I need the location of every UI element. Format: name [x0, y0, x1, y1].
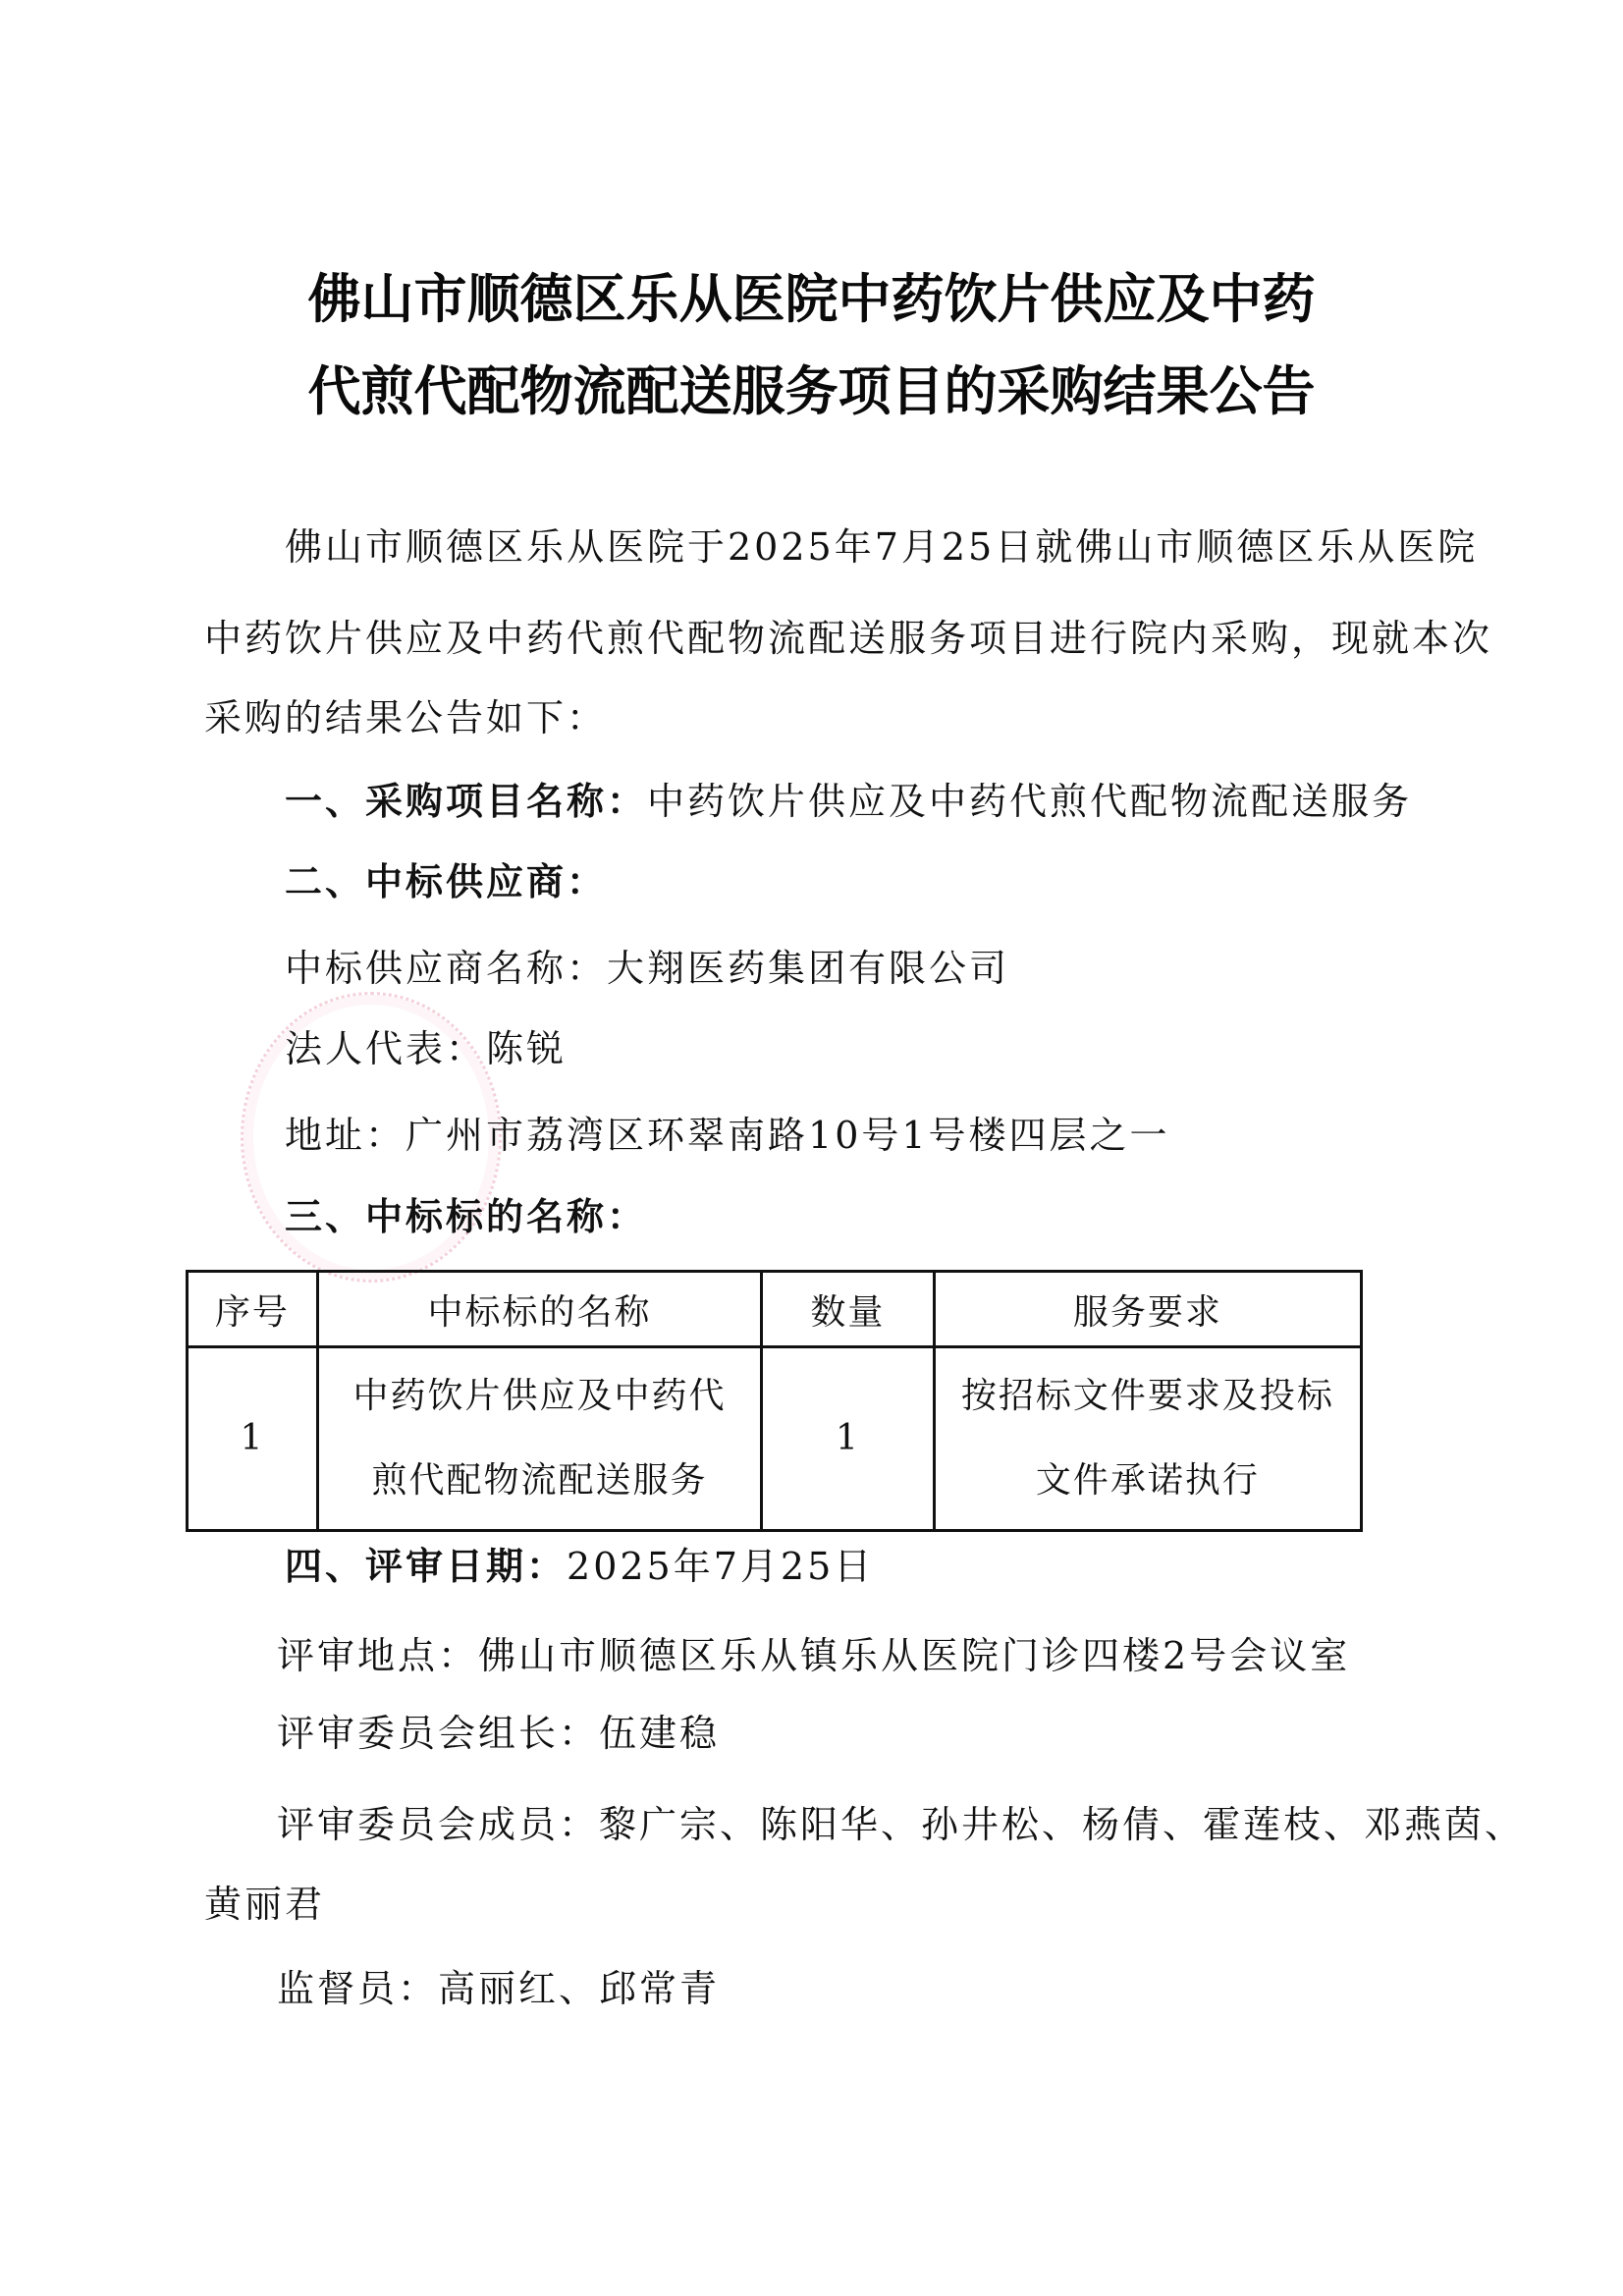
header-requirement: 服务要求 — [934, 1272, 1361, 1347]
section4-heading: 四、评审日期： — [285, 1545, 567, 1588]
award-table: 序号 中标标的名称 数量 服务要求 1 中药饮片供应及中药代 煎代配物流配送服务… — [186, 1270, 1363, 1532]
document-title-line1: 佛山市顺德区乐从医院中药饮片供应及中药 — [0, 257, 1623, 333]
section1-heading: 一、采购项目名称： — [285, 780, 647, 823]
legal-rep-label: 法人代表： — [285, 1027, 486, 1070]
members-line: 评审委员会成员：黎广宗、陈阳华、孙井松、杨倩、霍莲枝、邓燕茵、 — [277, 1806, 1525, 1843]
intro-line-1: 佛山市顺德区乐从医院于2025年7月25日就佛山市顺德区乐从医院 — [285, 528, 1478, 566]
supplier-line: 中标供应商名称：大翔医药集团有限公司 — [285, 950, 1009, 987]
venue-label: 评审地点： — [277, 1634, 478, 1677]
cell-requirement: 按招标文件要求及投标 文件承诺执行 — [934, 1347, 1361, 1531]
members-names: 黎广宗、陈阳华、孙井松、杨倩、霍莲枝、邓燕茵、 — [599, 1803, 1525, 1846]
document-title-line2: 代煎代配物流配送服务项目的采购结果公告 — [0, 350, 1623, 425]
cell-no: 1 — [188, 1347, 318, 1531]
section4-line: 四、评审日期：2025年7月25日 — [285, 1548, 874, 1585]
address-line: 地址：广州市荔湾区环翠南路10号1号楼四层之一 — [285, 1117, 1170, 1154]
leader-label: 评审委员会组长： — [277, 1712, 599, 1755]
cell-name: 中药饮片供应及中药代 煎代配物流配送服务 — [317, 1347, 761, 1531]
cell-qty: 1 — [762, 1347, 935, 1531]
cell-name-line1: 中药饮片供应及中药代 — [327, 1354, 752, 1439]
review-date: 2025年7月25日 — [567, 1545, 874, 1588]
intro-line-3: 采购的结果公告如下： — [204, 699, 607, 737]
header-name: 中标标的名称 — [317, 1272, 761, 1347]
venue-line: 评审地点：佛山市顺德区乐从镇乐从医院门诊四楼2号会议室 — [277, 1637, 1350, 1674]
intro-line-2: 中药饮片供应及中药代煎代配物流配送服务项目进行院内采购，现就本次 — [204, 620, 1492, 657]
supervisor-label: 监督员： — [277, 1967, 438, 2010]
address-value: 广州市荔湾区环翠南路10号1号楼四层之一 — [406, 1114, 1170, 1157]
venue-value: 佛山市顺德区乐从镇乐从医院门诊四楼2号会议室 — [478, 1634, 1350, 1677]
header-qty: 数量 — [762, 1272, 935, 1347]
supplier-name: 大翔医药集团有限公司 — [607, 947, 1009, 990]
supervisor-names: 高丽红、邱常青 — [438, 1967, 720, 2010]
table-row: 1 中药饮片供应及中药代 煎代配物流配送服务 1 按招标文件要求及投标 文件承诺… — [188, 1347, 1362, 1531]
members-label: 评审委员会成员： — [277, 1803, 599, 1846]
legal-rep-name: 陈锐 — [486, 1027, 567, 1070]
cell-req-line1: 按招标文件要求及投标 — [944, 1354, 1352, 1439]
table-header-row: 序号 中标标的名称 数量 服务要求 — [188, 1272, 1362, 1347]
legal-rep-line: 法人代表：陈锐 — [285, 1030, 567, 1067]
project-name: 中药饮片供应及中药代煎代配物流配送服务 — [647, 780, 1412, 823]
cell-name-line2: 煎代配物流配送服务 — [327, 1439, 752, 1523]
section1-line: 一、采购项目名称：中药饮片供应及中药代煎代配物流配送服务 — [285, 783, 1412, 820]
header-no: 序号 — [188, 1272, 318, 1347]
supervisor-line: 监督员：高丽红、邱常青 — [277, 1970, 720, 2007]
leader-line: 评审委员会组长：伍建稳 — [277, 1715, 720, 1752]
section2-heading: 二、中标供应商： — [285, 863, 607, 901]
address-label: 地址： — [285, 1114, 406, 1157]
leader-name: 伍建稳 — [599, 1712, 720, 1755]
supplier-label: 中标供应商名称： — [285, 947, 607, 990]
cell-req-line2: 文件承诺执行 — [944, 1439, 1352, 1523]
section3-heading: 三、中标标的名称： — [285, 1198, 647, 1235]
members-line-2: 黄丽君 — [204, 1886, 325, 1923]
